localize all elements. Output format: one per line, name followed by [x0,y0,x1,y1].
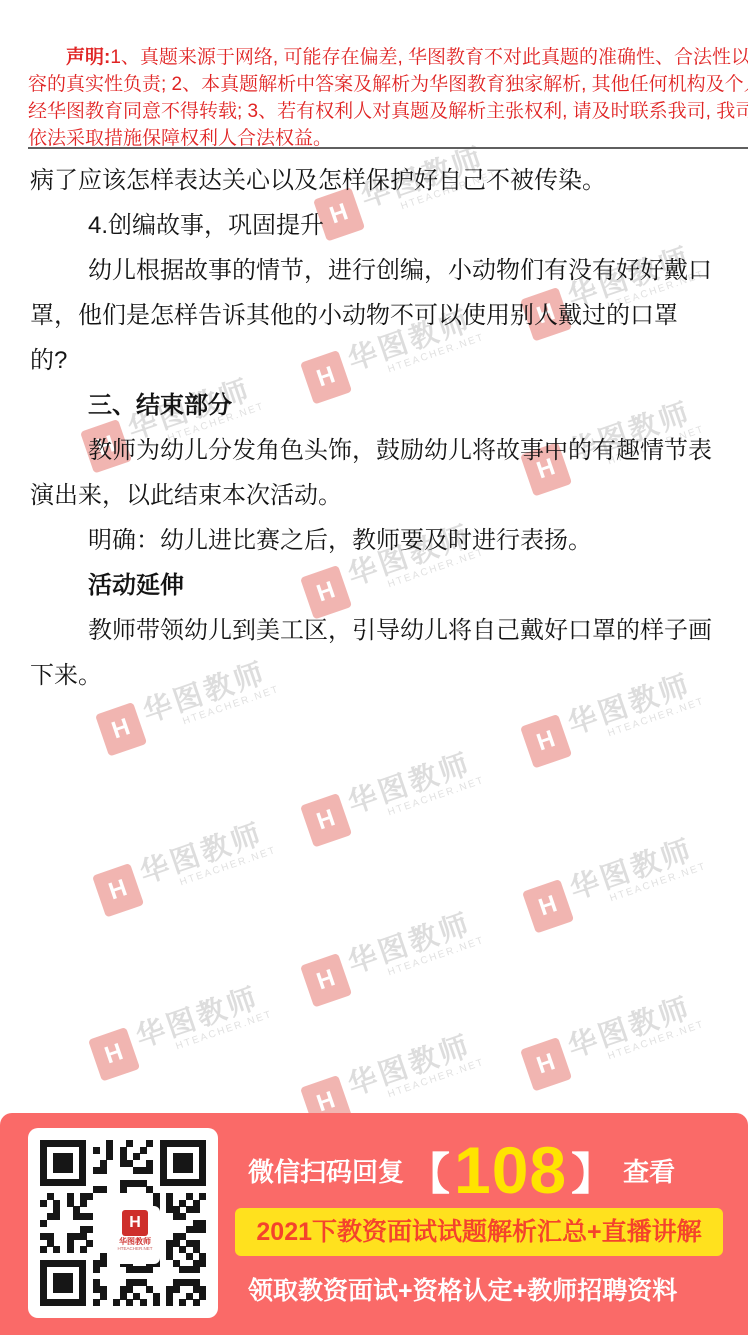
qr-module [93,1266,100,1273]
qr-module [53,1213,60,1220]
qr-module [140,1147,147,1154]
watermark-title: 华图教师 [344,906,482,979]
qr-module [199,1226,206,1233]
body-line: 罩，他们是怎样告诉其他的小动物不可以使用别人戴过的口罩 [30,293,742,338]
qr-module [179,1213,186,1220]
qr-module [86,1226,93,1233]
watermark-title: 华图教师 [136,816,274,889]
body-line: 的? [30,338,742,383]
promo-benefits-line: 领取教资面试+资格认定+教师招聘资料 [248,1271,677,1307]
watermark-subtitle: HTEACHER.NET [608,861,708,905]
qr-module [120,1186,127,1193]
scan-prefix-text: 微信扫码回复 [248,1152,404,1189]
qr-module [166,1299,173,1306]
qr-module [199,1293,206,1300]
watermark-text: 华图教师HTEACHER.NET [136,816,278,899]
huatu-qr-logo: H 华图教师 HTEACHER.NET [110,1206,160,1264]
watermark-title: 华图教师 [344,1028,482,1101]
qr-code: H 华图教师 HTEACHER.NET [40,1140,206,1306]
body-line: 明确：幼儿进比赛之后，教师要及时进行表扬。 [30,518,742,563]
watermark-text: 华图教师HTEACHER.NET [564,990,706,1073]
divider-line [28,147,748,149]
qr-logo-title: 华图教师 [110,1237,160,1246]
qr-module [106,1153,113,1160]
huatu-watermark: H华图教师HTEACHER.NET [300,746,487,847]
qr-module [193,1266,200,1273]
watermark-subtitle: HTEACHER.NET [606,1019,706,1063]
qr-module [80,1246,87,1253]
promo-highlight: 2021下教资面试试题解析汇总+直播讲解 [235,1208,723,1256]
huatu-watermark: H华图教师HTEACHER.NET [92,816,279,917]
bracket-close: 】 [571,1138,615,1202]
huatu-logo-icon: H [522,879,574,934]
watermark-subtitle: HTEACHER.NET [386,935,486,979]
watermark-subtitle: HTEACHER.NET [178,845,278,889]
qr-module [133,1153,140,1160]
qr-module [86,1193,93,1200]
huatu-watermark: H华图教师HTEACHER.NET [520,990,707,1091]
qr-module [93,1147,100,1154]
huatu-logo-icon: H [520,1037,572,1092]
watermark-text: 华图教师HTEACHER.NET [344,746,486,829]
watermark-text: 华图教师HTEACHER.NET [344,906,486,989]
qr-code-card: H 华图教师 HTEACHER.NET [28,1128,218,1318]
qr-module [179,1299,186,1306]
qr-module [86,1240,93,1247]
body-line: 病了应该怎样表达关心以及怎样保护好自己不被传染。 [30,158,742,203]
huatu-logo-icon: H [122,1210,148,1236]
watermark-subtitle: HTEACHER.NET [174,1009,274,1053]
section-heading: 活动延伸 [30,563,742,608]
qr-module [100,1260,107,1267]
huatu-watermark: H华图教师HTEACHER.NET [300,906,487,1007]
qr-module [93,1299,100,1306]
qr-module [193,1299,200,1306]
watermark-subtitle: HTEACHER.NET [386,775,486,819]
watermark-subtitle: HTEACHER.NET [606,696,706,740]
qr-module [67,1246,74,1253]
watermark-title: 华图教师 [564,990,702,1063]
reply-code: 108 [454,1141,567,1199]
watermark-subtitle: HTEACHER.NET [386,1057,486,1101]
qr-module [140,1299,147,1306]
watermark-text: 华图教师HTEACHER.NET [344,1028,486,1111]
qr-module [199,1260,206,1267]
qr-module [100,1167,107,1174]
qr-module [100,1186,107,1193]
qr-module [80,1200,87,1207]
huatu-watermark: H华图教师HTEACHER.NET [88,980,275,1081]
qr-module [199,1193,206,1200]
huatu-logo-icon: H [95,702,147,757]
qr-finder-bottomleft [40,1260,86,1306]
qr-finder-topright [160,1140,206,1186]
document-body: 病了应该怎样表达关心以及怎样保护好自己不被传染。4.创编故事，巩固提升幼儿根据故… [30,158,742,698]
qr-module [40,1246,47,1253]
huatu-logo-icon: H [300,953,352,1008]
disclaimer-line: 容的真实性负责; 2、本真题解析中答案及解析为华图教育独家解析, 其他任何机构及… [28,71,742,98]
qr-module [153,1299,160,1306]
body-line: 教师带领幼儿到美工区，引导幼儿将自己戴好口罩的样子画 [30,608,742,653]
disclaimer-line: 经华图教育同意不得转载; 3、若有权利人对真题及解析主张权利, 请及时联系我司,… [28,98,742,125]
qr-module [40,1220,47,1227]
qr-module [146,1140,153,1147]
body-line: 幼儿根据故事的情节，进行创编，小动物们有没有好好戴口 [30,248,742,293]
body-line: 下来。 [30,653,742,698]
disclaimer-block: 声明:1、真题来源于网络, 可能存在偏差, 华图教育不对此真题的准确性、合法性以… [28,44,742,152]
qr-module [126,1299,133,1306]
disclaimer-line: 声明:1、真题来源于网络, 可能存在偏差, 华图教育不对此真题的准确性、合法性以… [28,44,742,71]
qr-module [40,1200,47,1207]
body-line: 演出来，以此结束本次活动。 [30,473,742,518]
watermark-title: 华图教师 [344,746,482,819]
watermark-title: 华图教师 [566,832,704,905]
bracket-open: 【 [406,1138,450,1202]
qr-module [146,1167,153,1174]
huatu-logo-icon: H [92,863,144,918]
watermark-title: 华图教师 [132,980,270,1053]
scan-suffix-text: 查看 [623,1152,675,1189]
document-page: H华图教师HTEACHER.NETH华图教师HTEACHER.NETH华图教师H… [0,0,748,1335]
huatu-logo-icon: H [520,714,572,769]
body-line: 4.创编故事，巩固提升 [30,203,742,248]
qr-module [173,1286,180,1293]
disclaimer-prefix: 声明: [66,47,110,68]
qr-module [100,1293,107,1300]
qr-module [113,1299,120,1306]
qr-finder-topleft [40,1140,86,1186]
qr-module [53,1246,60,1253]
watermark-text: 华图教师HTEACHER.NET [566,832,708,915]
qr-logo-subtitle: HTEACHER.NET [113,1246,158,1252]
huatu-watermark: H华图教师HTEACHER.NET [522,832,709,933]
section-heading: 三、结束部分 [30,383,742,428]
wechat-scan-line: 微信扫码回复 【 108 】 查看 [248,1139,675,1201]
qr-module [146,1266,153,1273]
watermark-text: 华图教师HTEACHER.NET [132,980,274,1063]
promo-banner: H 华图教师 HTEACHER.NET 微信扫码回复 【 108 】 查看 20… [0,1113,748,1335]
qr-module [126,1140,133,1147]
body-line: 教师为幼儿分发角色头饰，鼓励幼儿将故事中的有趣情节表 [30,428,742,473]
qr-module [86,1213,93,1220]
huatu-logo-icon: H [300,793,352,848]
huatu-logo-icon: H [88,1027,140,1082]
qr-module [193,1206,200,1213]
